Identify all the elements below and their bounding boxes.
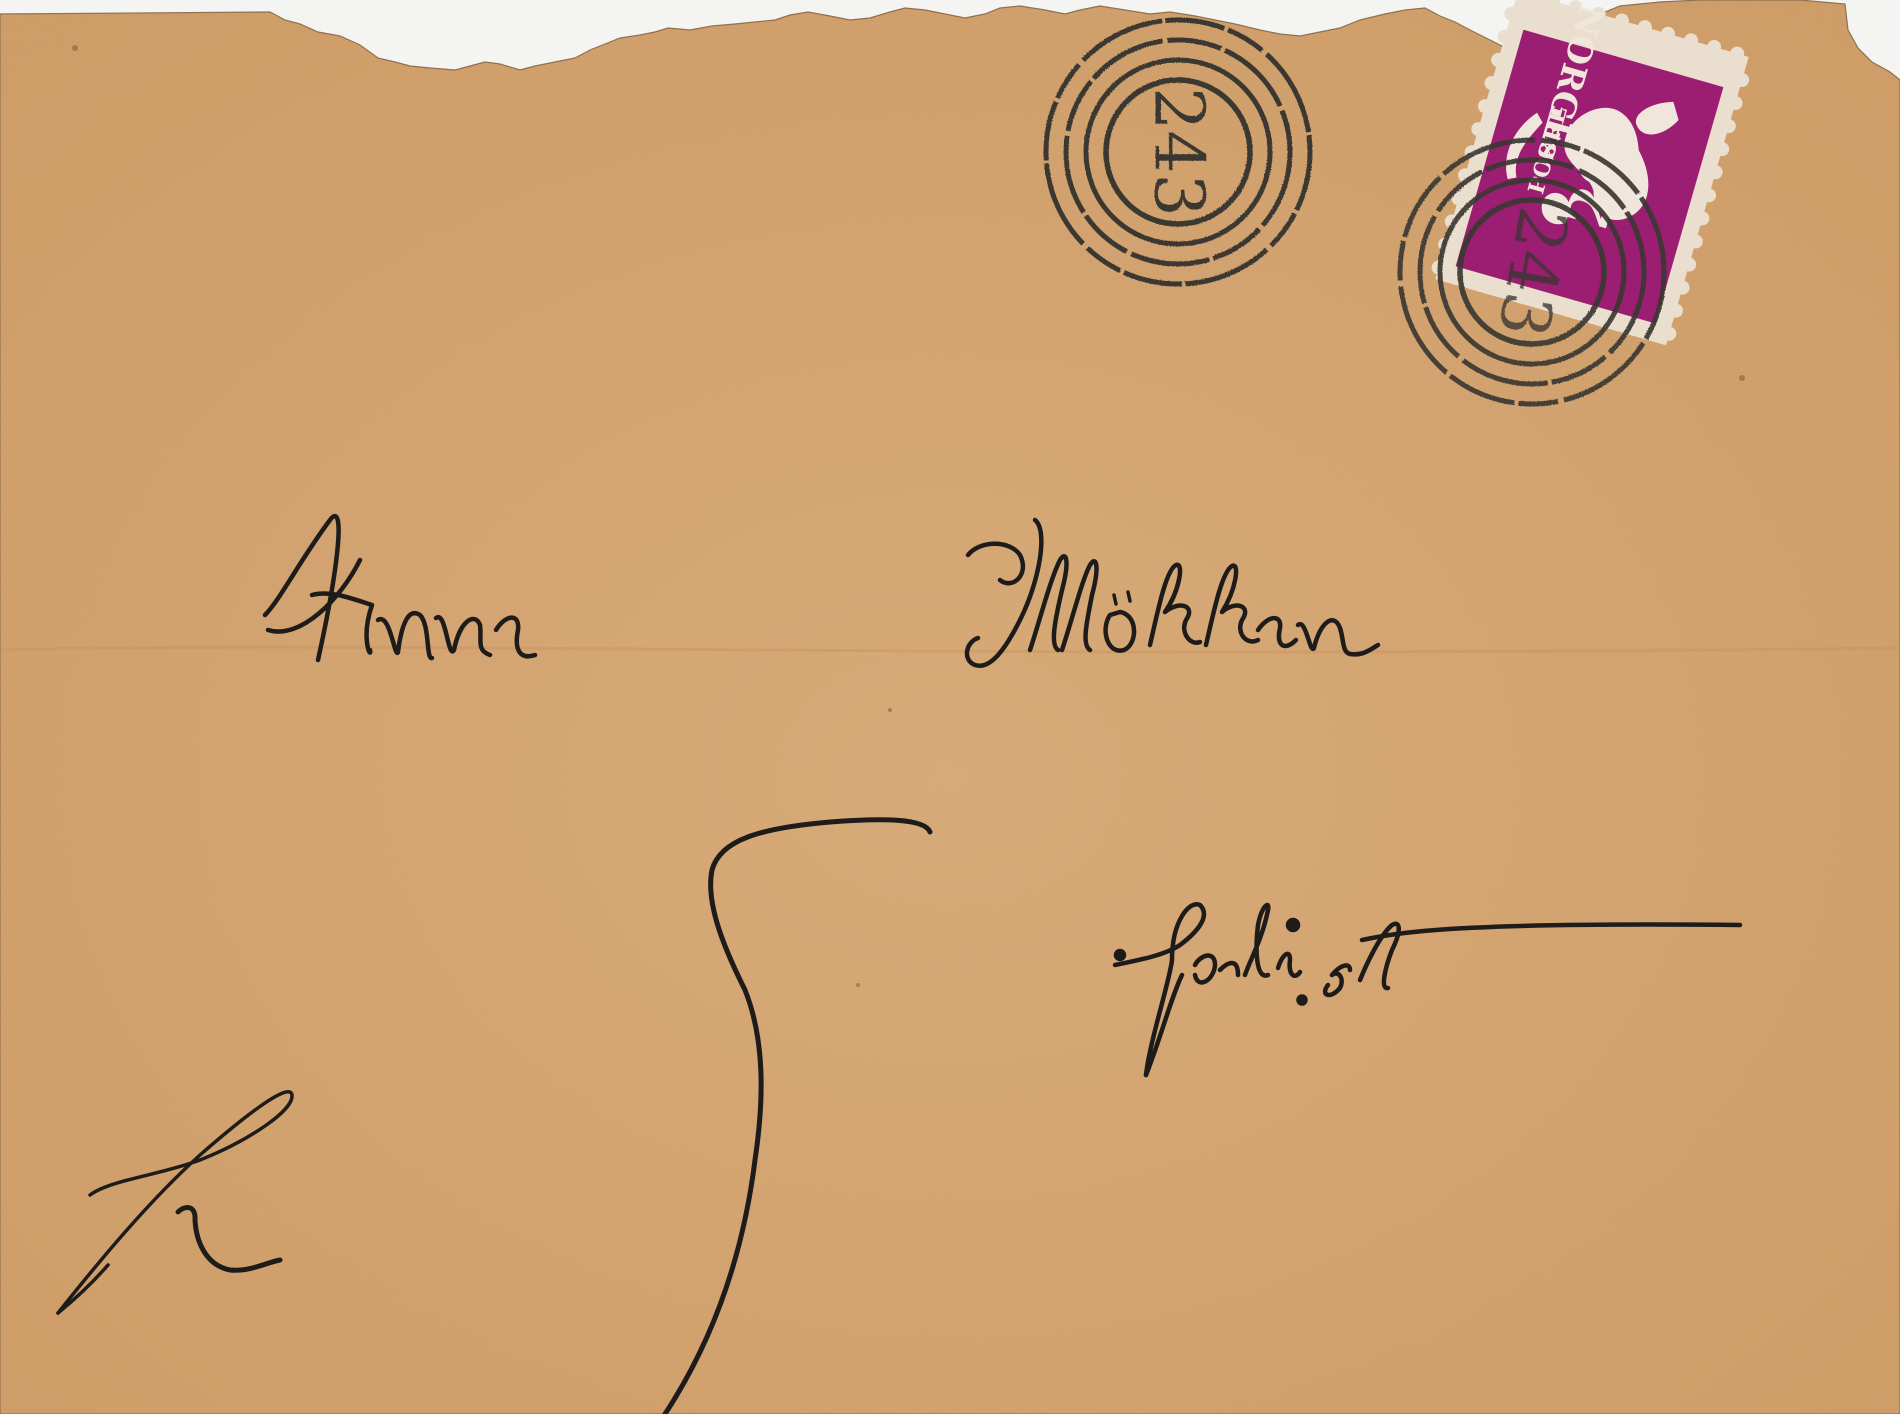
- postmark-number: 243: [1139, 87, 1218, 217]
- envelope-scene: 243 NORGE POST 20 ØRE: [0, 0, 1900, 1414]
- postmark-numeral-on-stamp: 243: [1400, 140, 1664, 404]
